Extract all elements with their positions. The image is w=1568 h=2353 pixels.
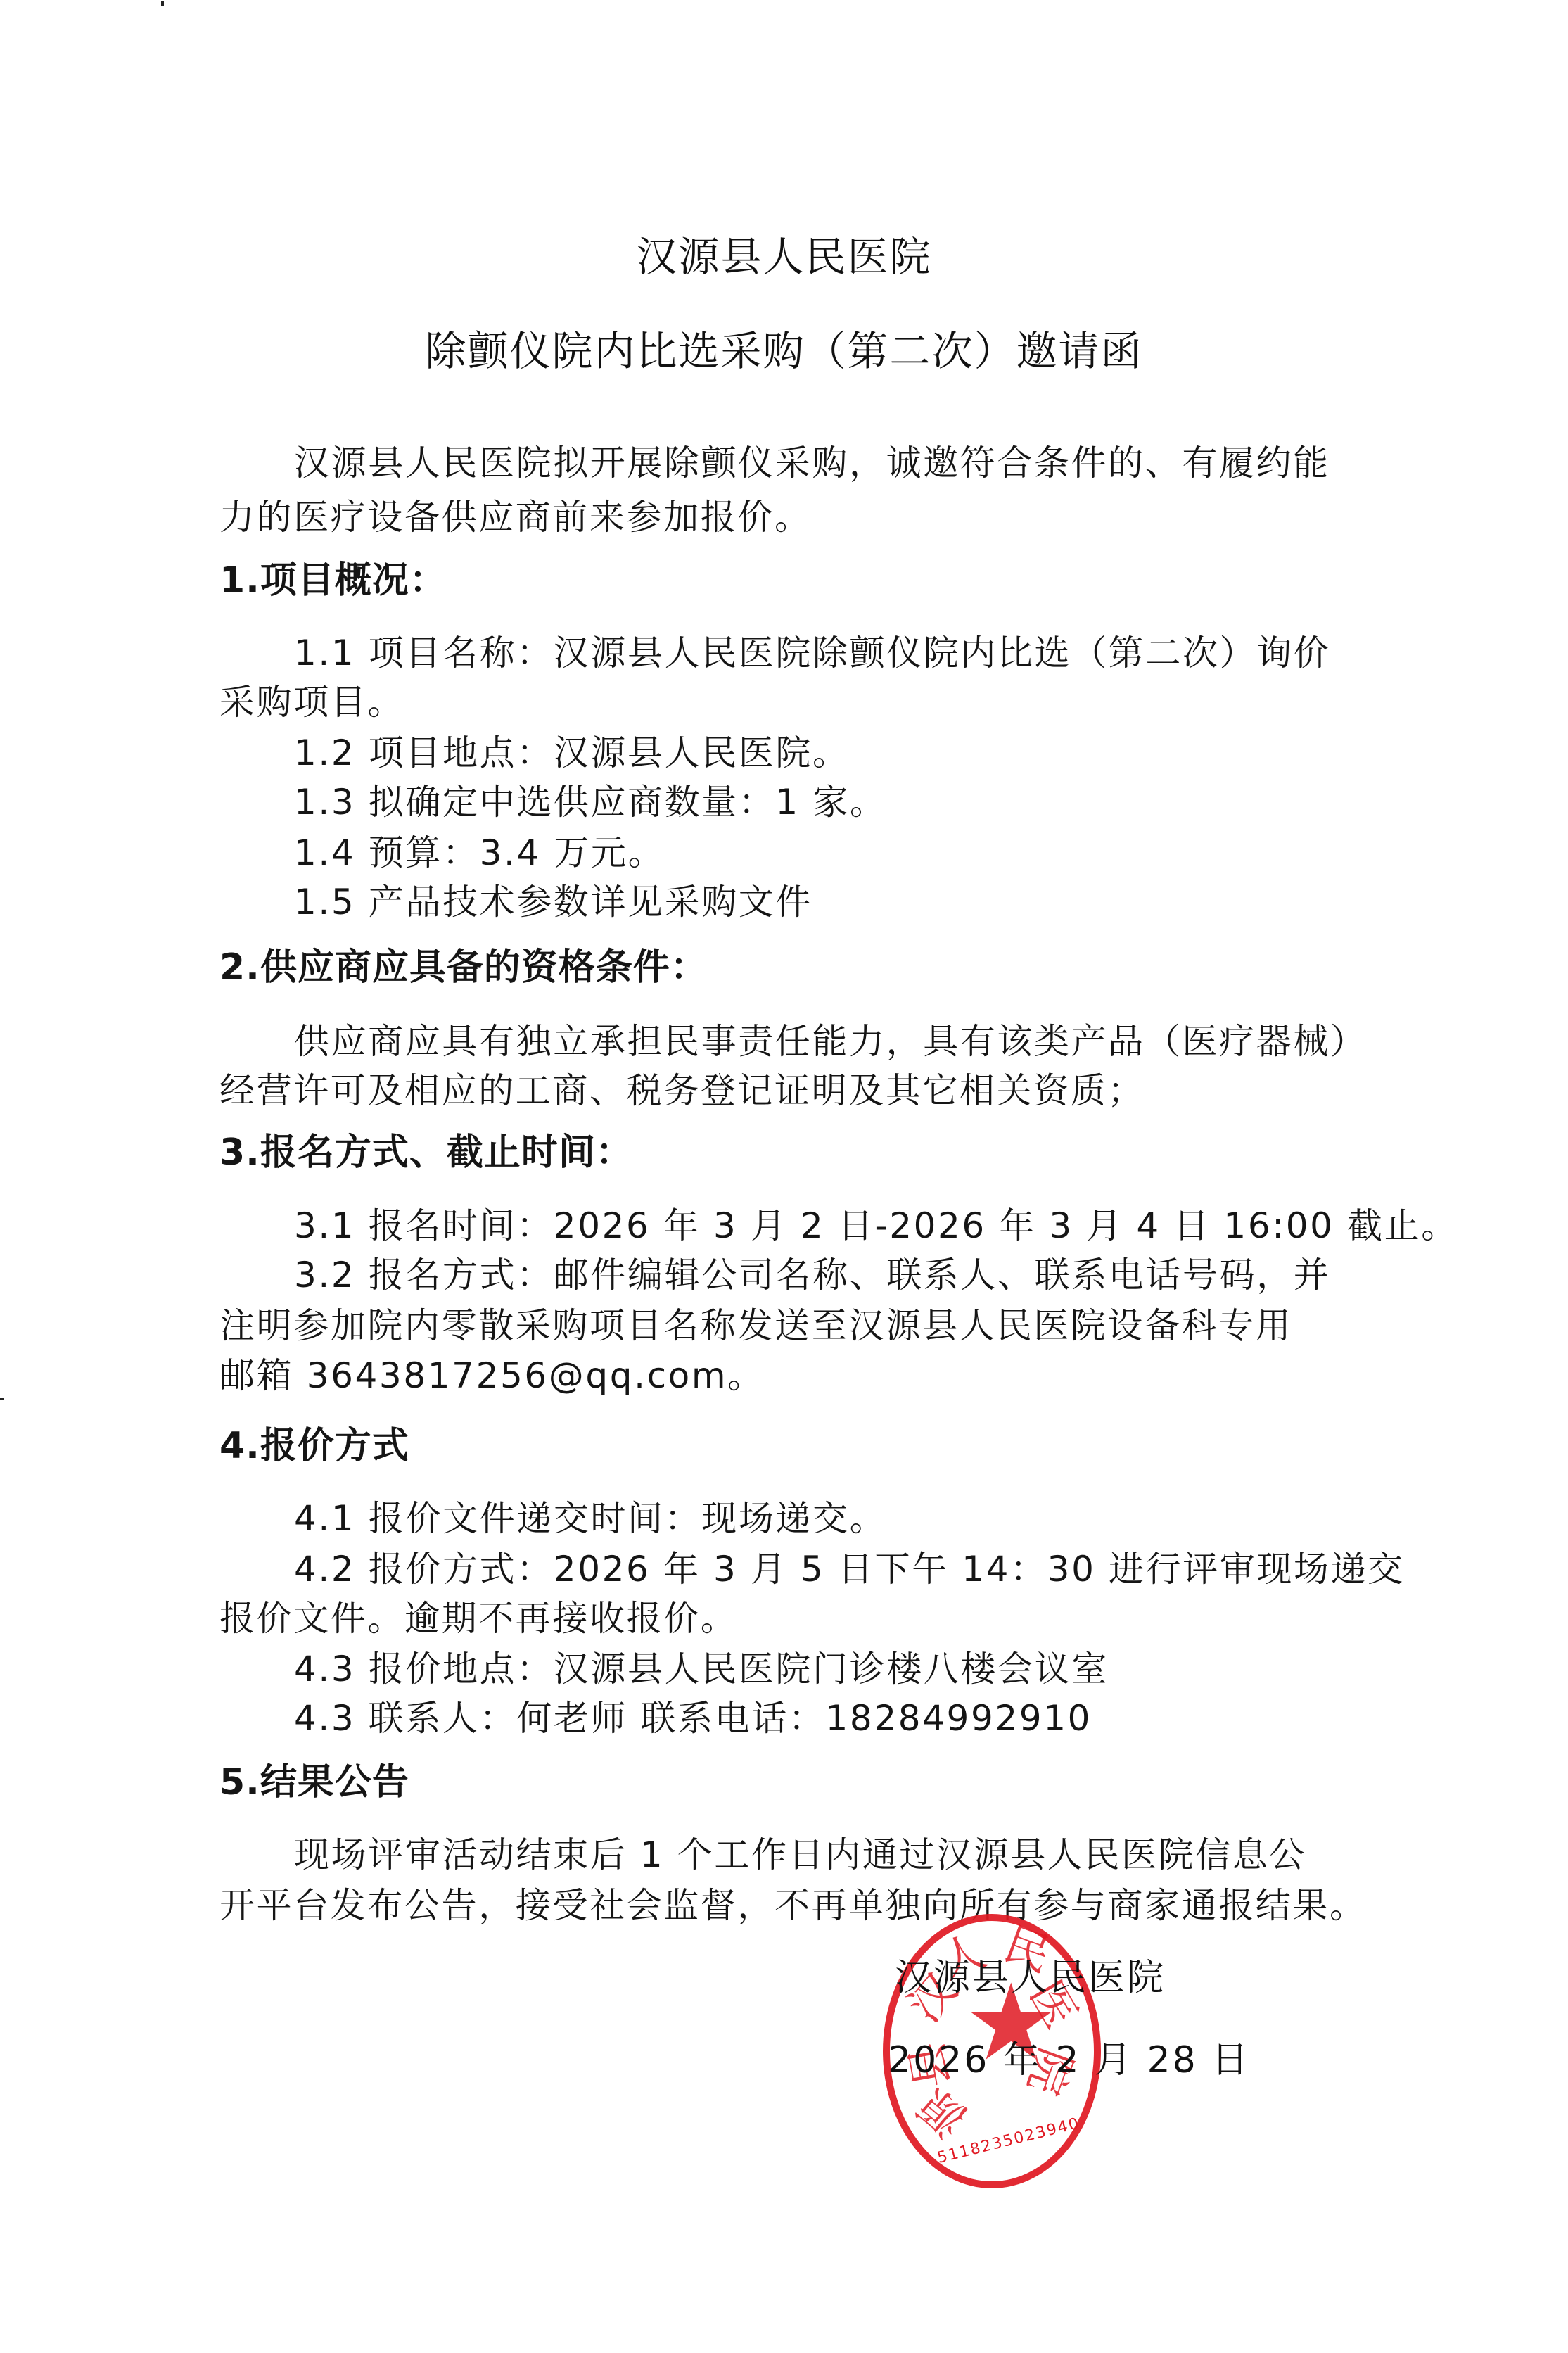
section-heading-1: 1.项目概况：: [219, 559, 1345, 602]
section-2-line: 经营许可及相应的工商、税务登记证明及其它相关资质；: [219, 1070, 1345, 1112]
section-3-line: 注明参加院内零散采购项目名称发送至汉源县人民医院设备科专用: [219, 1305, 1345, 1347]
signature-issuer: 汉源县人民医院: [895, 1948, 1166, 2000]
section-4-line: 4.1 报价文件递交时间：现场递交。: [294, 1497, 1420, 1540]
section-1-line: 1.2 项目地点：汉源县人民医院。: [294, 732, 1420, 774]
scan-speck: [161, 1, 164, 6]
scan-speck: [0, 1398, 4, 1400]
section-3-line: 3.2 报名方式：邮件编辑公司名称、联系人、联系电话号码，并: [294, 1254, 1420, 1296]
section-3-line: 邮箱 3643817256@qq.com。: [219, 1355, 1345, 1397]
section-heading-4: 4.报价方式: [219, 1425, 1345, 1467]
section-1-line: 1.5 产品技术参数详见采购文件: [294, 881, 1420, 923]
section-4-line: 报价文件。逾期不再接收报价。: [219, 1597, 1345, 1640]
section-heading-3: 3.报名方式、截止时间：: [219, 1131, 1345, 1174]
section-4-line: 4.3 联系人：何老师 联系电话：18284992910: [294, 1697, 1420, 1739]
intro-line-1: 汉源县人民医院拟开展除颤仪采购，诚邀符合条件的、有履约能: [294, 442, 1420, 484]
section-5-line: 开平台发布公告，接受社会监督，不再单独向所有参与商家通报结果。: [219, 1884, 1345, 1927]
section-1-line: 1.4 预算：3.4 万元。: [294, 832, 1420, 874]
document-page: 汉源县人民医院 除颤仪院内比选采购（第二次）邀请函 汉源县人民医院拟开展除颤仪采…: [0, 0, 1568, 2353]
intro-line-2: 力的医疗设备供应商前来参加报价。: [219, 496, 1345, 538]
document-title-org: 汉源县人民医院: [0, 224, 1568, 283]
section-heading-5: 5.结果公告: [219, 1761, 1345, 1803]
section-5-line: 现场评审活动结束后 1 个工作日内通过汉源县人民医院信息公: [294, 1834, 1420, 1876]
section-4-line: 4.2 报价方式：2026 年 3 月 5 日下午 14：30 进行评审现场递交: [294, 1548, 1420, 1590]
section-4-line: 4.3 报价地点：汉源县人民医院门诊楼八楼会议室: [294, 1648, 1420, 1690]
signature-date: 2026 年 2 月 28 日: [888, 2030, 1250, 2083]
section-1-line: 1.3 拟确定中选供应商数量：1 家。: [294, 781, 1420, 823]
section-3-line: 3.1 报名时间：2026 年 3 月 2 日-2026 年 3 月 4 日 1…: [294, 1205, 1420, 1247]
document-title: 除颤仪院内比选采购（第二次）邀请函: [0, 318, 1568, 377]
section-heading-2: 2.供应商应具备的资格条件：: [219, 946, 1345, 989]
section-2-line: 供应商应具有独立承担民事责任能力，具有该类产品（医疗器械）: [294, 1020, 1420, 1063]
section-1-line: 1.1 项目名称：汉源县人民医院除颤仪院内比选（第二次）询价: [294, 632, 1420, 674]
section-1-line: 采购项目。: [219, 681, 1345, 723]
